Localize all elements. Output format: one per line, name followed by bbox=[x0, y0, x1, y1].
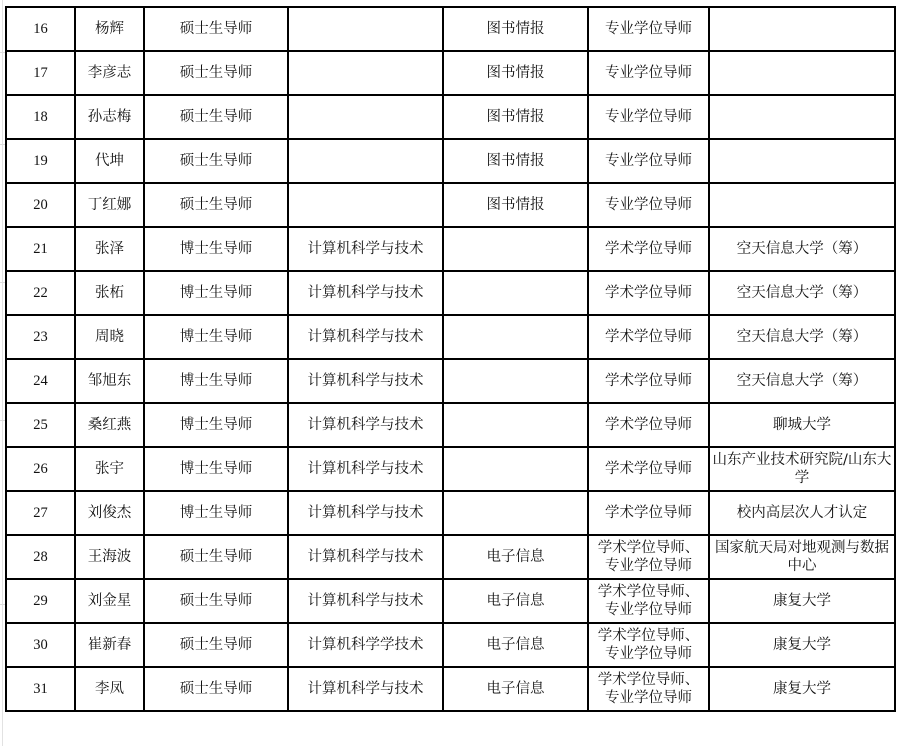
degree-category-cell: 专业学位导师 bbox=[588, 7, 709, 51]
table-row: 19代坤硕士生导师图书情报专业学位导师 bbox=[6, 139, 895, 183]
name-cell: 张宇 bbox=[75, 447, 144, 491]
source-cell: 康复大学 bbox=[709, 667, 895, 711]
professional-field-cell: 图书情报 bbox=[443, 95, 588, 139]
source-cell: 聊城大学 bbox=[709, 403, 895, 447]
row-number-cell: 26 bbox=[6, 447, 75, 491]
row-number-cell: 30 bbox=[6, 623, 75, 667]
source-cell bbox=[709, 51, 895, 95]
table-row: 27刘俊杰博士生导师计算机科学与技术学术学位导师校内高层次人才认定 bbox=[6, 491, 895, 535]
row-number-cell: 16 bbox=[6, 7, 75, 51]
academic-discipline-cell: 计算机科学与技术 bbox=[288, 271, 443, 315]
table-row: 31李凤硕士生导师计算机科学与技术电子信息学术学位导师、专业学位导师康复大学 bbox=[6, 667, 895, 711]
table-row: 18孙志梅硕士生导师图书情报专业学位导师 bbox=[6, 95, 895, 139]
table-row: 16杨辉硕士生导师图书情报专业学位导师 bbox=[6, 7, 895, 51]
professional-field-cell: 电子信息 bbox=[443, 667, 588, 711]
academic-discipline-cell: 计算机科学与技术 bbox=[288, 579, 443, 623]
academic-discipline-cell bbox=[288, 51, 443, 95]
source-cell: 空天信息大学（筹） bbox=[709, 359, 895, 403]
row-number-cell: 31 bbox=[6, 667, 75, 711]
table-row: 29刘金星硕士生导师计算机科学与技术电子信息学术学位导师、专业学位导师康复大学 bbox=[6, 579, 895, 623]
name-cell: 张泽 bbox=[75, 227, 144, 271]
professional-field-cell: 图书情报 bbox=[443, 7, 588, 51]
mentor-type-cell: 硕士生导师 bbox=[144, 95, 288, 139]
name-cell: 李彦志 bbox=[75, 51, 144, 95]
row-number-cell: 29 bbox=[6, 579, 75, 623]
professional-field-cell bbox=[443, 227, 588, 271]
professional-field-cell: 电子信息 bbox=[443, 579, 588, 623]
name-cell: 孙志梅 bbox=[75, 95, 144, 139]
mentor-type-cell: 硕士生导师 bbox=[144, 139, 288, 183]
sheet-gridline bbox=[2, 0, 3, 746]
row-number-cell: 25 bbox=[6, 403, 75, 447]
professional-field-cell bbox=[443, 359, 588, 403]
row-number-cell: 19 bbox=[6, 139, 75, 183]
table-row: 24邹旭东博士生导师计算机科学与技术学术学位导师空天信息大学（筹） bbox=[6, 359, 895, 403]
table-row: 17李彦志硕士生导师图书情报专业学位导师 bbox=[6, 51, 895, 95]
degree-category-cell: 学术学位导师、专业学位导师 bbox=[588, 535, 709, 579]
mentor-table: 16杨辉硕士生导师图书情报专业学位导师17李彦志硕士生导师图书情报专业学位导师1… bbox=[5, 6, 896, 712]
table-row: 20丁红娜硕士生导师图书情报专业学位导师 bbox=[6, 183, 895, 227]
mentor-type-cell: 博士生导师 bbox=[144, 359, 288, 403]
table-row: 30崔新春硕士生导师计算机科学学技术电子信息学术学位导师、专业学位导师康复大学 bbox=[6, 623, 895, 667]
academic-discipline-cell: 计算机科学与技术 bbox=[288, 315, 443, 359]
academic-discipline-cell: 计算机科学与技术 bbox=[288, 403, 443, 447]
professional-field-cell bbox=[443, 491, 588, 535]
degree-category-cell: 学术学位导师 bbox=[588, 271, 709, 315]
academic-discipline-cell: 计算机科学与技术 bbox=[288, 491, 443, 535]
professional-field-cell bbox=[443, 447, 588, 491]
name-cell: 刘俊杰 bbox=[75, 491, 144, 535]
source-cell: 康复大学 bbox=[709, 579, 895, 623]
mentor-type-cell: 博士生导师 bbox=[144, 315, 288, 359]
degree-category-cell: 专业学位导师 bbox=[588, 51, 709, 95]
degree-category-cell: 学术学位导师、专业学位导师 bbox=[588, 579, 709, 623]
row-number-cell: 28 bbox=[6, 535, 75, 579]
academic-discipline-cell: 计算机科学与技术 bbox=[288, 447, 443, 491]
professional-field-cell: 图书情报 bbox=[443, 51, 588, 95]
degree-category-cell: 学术学位导师 bbox=[588, 227, 709, 271]
degree-category-cell: 学术学位导师 bbox=[588, 491, 709, 535]
degree-category-cell: 专业学位导师 bbox=[588, 95, 709, 139]
degree-category-cell: 学术学位导师、专业学位导师 bbox=[588, 667, 709, 711]
academic-discipline-cell: 计算机科学与技术 bbox=[288, 227, 443, 271]
source-cell bbox=[709, 7, 895, 51]
professional-field-cell: 图书情报 bbox=[443, 183, 588, 227]
source-cell bbox=[709, 139, 895, 183]
mentor-type-cell: 博士生导师 bbox=[144, 491, 288, 535]
table-row: 28王海波硕士生导师计算机科学与技术电子信息学术学位导师、专业学位导师国家航天局… bbox=[6, 535, 895, 579]
table-row: 22张柘博士生导师计算机科学与技术学术学位导师空天信息大学（筹） bbox=[6, 271, 895, 315]
name-cell: 邹旭东 bbox=[75, 359, 144, 403]
mentor-table-body: 16杨辉硕士生导师图书情报专业学位导师17李彦志硕士生导师图书情报专业学位导师1… bbox=[6, 7, 895, 711]
mentor-type-cell: 博士生导师 bbox=[144, 403, 288, 447]
academic-discipline-cell: 计算机科学与技术 bbox=[288, 359, 443, 403]
row-number-cell: 20 bbox=[6, 183, 75, 227]
mentor-type-cell: 硕士生导师 bbox=[144, 183, 288, 227]
mentor-type-cell: 硕士生导师 bbox=[144, 623, 288, 667]
row-number-cell: 18 bbox=[6, 95, 75, 139]
mentor-type-cell: 硕士生导师 bbox=[144, 535, 288, 579]
professional-field-cell: 电子信息 bbox=[443, 623, 588, 667]
source-cell: 国家航天局对地观测与数据中心 bbox=[709, 535, 895, 579]
academic-discipline-cell: 计算机科学学技术 bbox=[288, 623, 443, 667]
professional-field-cell bbox=[443, 315, 588, 359]
row-number-cell: 23 bbox=[6, 315, 75, 359]
mentor-type-cell: 博士生导师 bbox=[144, 271, 288, 315]
table-row: 21张泽博士生导师计算机科学与技术学术学位导师空天信息大学（筹） bbox=[6, 227, 895, 271]
professional-field-cell: 电子信息 bbox=[443, 535, 588, 579]
source-cell: 康复大学 bbox=[709, 623, 895, 667]
mentor-type-cell: 硕士生导师 bbox=[144, 579, 288, 623]
row-number-cell: 24 bbox=[6, 359, 75, 403]
row-number-cell: 27 bbox=[6, 491, 75, 535]
row-number-cell: 17 bbox=[6, 51, 75, 95]
name-cell: 代坤 bbox=[75, 139, 144, 183]
academic-discipline-cell: 计算机科学与技术 bbox=[288, 535, 443, 579]
mentor-type-cell: 博士生导师 bbox=[144, 227, 288, 271]
name-cell: 周晓 bbox=[75, 315, 144, 359]
source-cell: 空天信息大学（筹） bbox=[709, 315, 895, 359]
degree-category-cell: 学术学位导师、专业学位导师 bbox=[588, 623, 709, 667]
professional-field-cell: 图书情报 bbox=[443, 139, 588, 183]
degree-category-cell: 专业学位导师 bbox=[588, 139, 709, 183]
degree-category-cell: 学术学位导师 bbox=[588, 403, 709, 447]
source-cell: 空天信息大学（筹） bbox=[709, 271, 895, 315]
row-number-cell: 21 bbox=[6, 227, 75, 271]
degree-category-cell: 学术学位导师 bbox=[588, 359, 709, 403]
mentor-type-cell: 硕士生导师 bbox=[144, 667, 288, 711]
table-row: 26张宇博士生导师计算机科学与技术学术学位导师山东产业技术研究院/山东大学 bbox=[6, 447, 895, 491]
professional-field-cell bbox=[443, 403, 588, 447]
academic-discipline-cell: 计算机科学与技术 bbox=[288, 667, 443, 711]
source-cell: 空天信息大学（筹） bbox=[709, 227, 895, 271]
mentor-type-cell: 博士生导师 bbox=[144, 447, 288, 491]
academic-discipline-cell bbox=[288, 7, 443, 51]
degree-category-cell: 学术学位导师 bbox=[588, 447, 709, 491]
name-cell: 张柘 bbox=[75, 271, 144, 315]
academic-discipline-cell bbox=[288, 139, 443, 183]
name-cell: 丁红娜 bbox=[75, 183, 144, 227]
source-cell: 山东产业技术研究院/山东大学 bbox=[709, 447, 895, 491]
table-row: 23周晓博士生导师计算机科学与技术学术学位导师空天信息大学（筹） bbox=[6, 315, 895, 359]
professional-field-cell bbox=[443, 271, 588, 315]
mentor-type-cell: 硕士生导师 bbox=[144, 51, 288, 95]
degree-category-cell: 学术学位导师 bbox=[588, 315, 709, 359]
name-cell: 李凤 bbox=[75, 667, 144, 711]
source-cell bbox=[709, 183, 895, 227]
degree-category-cell: 专业学位导师 bbox=[588, 183, 709, 227]
name-cell: 崔新春 bbox=[75, 623, 144, 667]
academic-discipline-cell bbox=[288, 183, 443, 227]
mentor-type-cell: 硕士生导师 bbox=[144, 7, 288, 51]
name-cell: 王海波 bbox=[75, 535, 144, 579]
name-cell: 桑红燕 bbox=[75, 403, 144, 447]
name-cell: 杨辉 bbox=[75, 7, 144, 51]
source-cell bbox=[709, 95, 895, 139]
academic-discipline-cell bbox=[288, 95, 443, 139]
source-cell: 校内高层次人才认定 bbox=[709, 491, 895, 535]
name-cell: 刘金星 bbox=[75, 579, 144, 623]
row-number-cell: 22 bbox=[6, 271, 75, 315]
table-row: 25桑红燕博士生导师计算机科学与技术学术学位导师聊城大学 bbox=[6, 403, 895, 447]
